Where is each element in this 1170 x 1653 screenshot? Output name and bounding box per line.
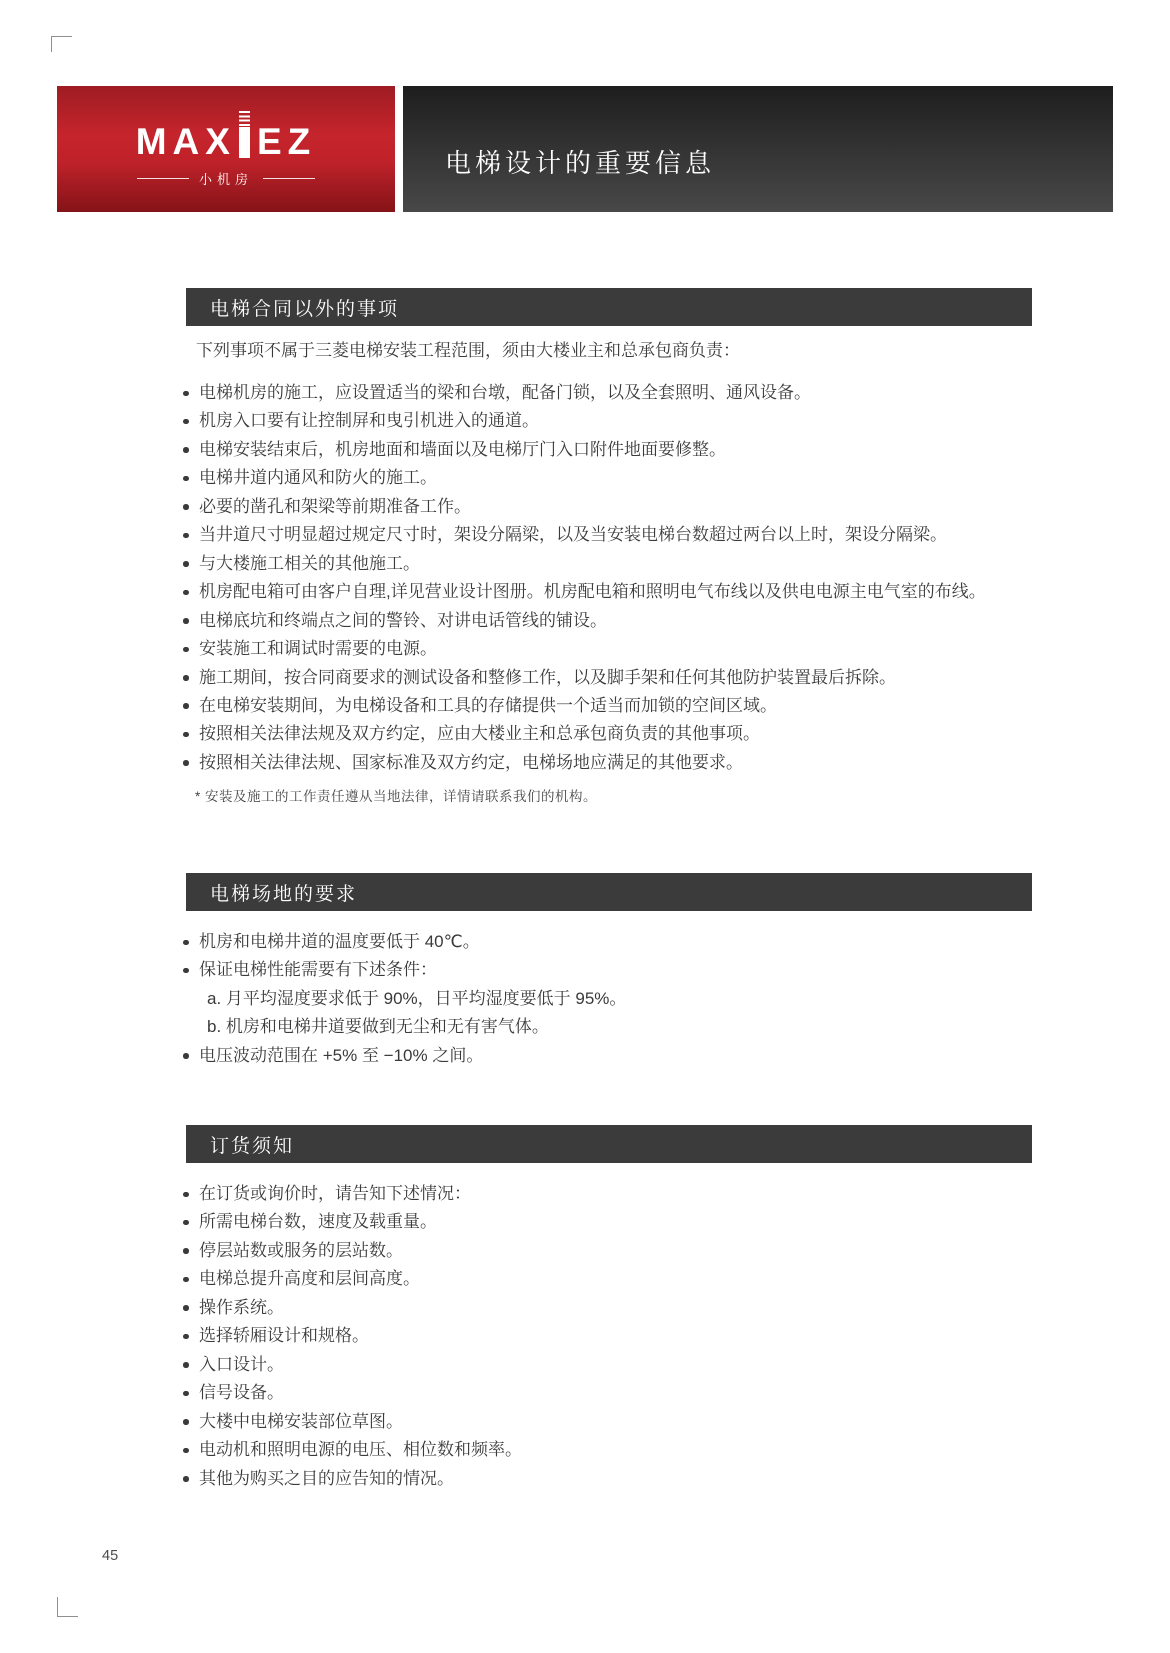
maxiez-logo: MAX EZ 小机房 (57, 86, 395, 212)
brand-subtitle-row: 小机房 (137, 169, 315, 188)
brochure-page: { "logo": { "brand_left": "MAX", "brand_… (0, 0, 1170, 1653)
bullet-icon (183, 533, 189, 539)
list-item: 操作系统。 (186, 1294, 1032, 1322)
section-header-bar: 订货须知 (186, 1125, 1032, 1163)
list-item-text: 电动机和照明电源的电压、相位数和频率。 (199, 1440, 522, 1459)
list-item: 当井道尺寸明显超过规定尺寸时，架设分隔梁，以及当安装电梯台数超过两台以上时，架设… (186, 521, 1032, 549)
section-items-outside-contract: 电梯合同以外的事项 下列事项不属于三菱电梯安装工程范围，须由大楼业主和总承包商负… (186, 288, 1032, 805)
bullet-icon (183, 391, 189, 397)
list-item: 电梯总提升高度和层间高度。 (186, 1265, 1032, 1293)
list-item-text: 按照相关法律法规及双方约定，应由大楼业主和总承包商负责的其他事项。 (199, 724, 760, 743)
list-item: 机房配电箱可由客户自理,详见营业设计图册。机房配电箱和照明电气布线以及供电电源主… (186, 578, 1032, 606)
bullet-icon (183, 1305, 189, 1311)
brand-subtitle: 小机房 (199, 169, 253, 188)
list-item-text: b. 机房和电梯井道要做到无尘和无有害气体。 (207, 1017, 549, 1036)
subtitle-rule-right (263, 178, 315, 179)
list-item: 其他为购买之目的应告知的情况。 (186, 1465, 1032, 1493)
bullet-icon (183, 675, 189, 681)
list-item-text: 机房入口要有让控制屏和曳引机进入的通道。 (199, 411, 539, 430)
list-item-text: 选择轿厢设计和规格。 (199, 1326, 369, 1345)
bullet-icon (183, 1391, 189, 1397)
list-item: 机房入口要有让控制屏和曳引机进入的通道。 (186, 407, 1032, 435)
list-item-text: 信号设备。 (199, 1383, 284, 1402)
bullet-icon (183, 1277, 189, 1283)
list-item: 在电梯安装期间，为电梯设备和工具的存储提供一个适当而加锁的空间区域。 (186, 692, 1032, 720)
bullet-icon (183, 419, 189, 425)
bullet-icon (183, 1362, 189, 1368)
list-item-text: 电梯安装结束后，机房地面和墙面以及电梯厅门入口附件地面要修整。 (199, 440, 726, 459)
bullet-icon (183, 1448, 189, 1454)
list-item-text: 保证电梯性能需要有下述条件： (199, 960, 437, 979)
list-item: 停层站数或服务的层站数。 (186, 1237, 1032, 1265)
elevator-shaft-i-icon (239, 111, 250, 158)
list-item: 所需电梯台数，速度及载重量。 (186, 1208, 1032, 1236)
section-title: 订货须知 (210, 1131, 294, 1158)
section-footnote: * 安装及施工的工作责任遵从当地法律，详情请联系我们的机构。 (195, 785, 1032, 805)
bullet-icon (183, 968, 189, 974)
list-item: 电梯安装结束后，机房地面和墙面以及电梯厅门入口附件地面要修整。 (186, 436, 1032, 464)
list-item: 安装施工和调试时需要的电源。 (186, 635, 1032, 663)
list-item: 选择轿厢设计和规格。 (186, 1322, 1032, 1350)
list-item: 入口设计。 (186, 1351, 1032, 1379)
list-item: b. 机房和电梯井道要做到无尘和无有害气体。 (186, 1013, 1032, 1041)
list-item: 信号设备。 (186, 1379, 1032, 1407)
list-item: 必要的凿孔和架梁等前期准备工作。 (186, 493, 1032, 521)
list-item-text: 所需电梯台数，速度及载重量。 (199, 1212, 437, 1231)
list-item: 大楼中电梯安装部位草图。 (186, 1408, 1032, 1436)
section-header-bar: 电梯场地的要求 (186, 873, 1032, 911)
list-item-text: 停层站数或服务的层站数。 (199, 1241, 403, 1260)
list-item: 电梯井道内通风和防火的施工。 (186, 464, 1032, 492)
bullet-icon (183, 940, 189, 946)
list-item-text: 机房配电箱可由客户自理,详见营业设计图册。机房配电箱和照明电气布线以及供电电源主… (199, 582, 986, 601)
list-item-text: 安装施工和调试时需要的电源。 (199, 639, 437, 658)
section-ordering-notes: 订货须知 在订货或询价时，请告知下述情况：所需电梯台数，速度及载重量。停层站数或… (186, 1125, 1032, 1493)
list-item-text: a. 月平均湿度要求低于 90%，日平均湿度要低于 95%。 (207, 989, 626, 1008)
bullet-icon (183, 1419, 189, 1425)
list-item-text: 施工期间，按合同商要求的测试设备和整修工作，以及脚手架和任何其他防护装置最后拆除… (199, 668, 896, 687)
bullet-icon (183, 1192, 189, 1198)
bullet-icon (183, 476, 189, 482)
brand-text-right: EZ (257, 123, 316, 160)
page-title: 电梯设计的重要信息 (445, 143, 715, 180)
bullet-icon (183, 618, 189, 624)
list-item-text: 必要的凿孔和架梁等前期准备工作。 (199, 497, 471, 516)
i-stem (239, 127, 250, 158)
brand-text-left: MAX (136, 123, 236, 160)
list-item: 在订货或询价时，请告知下述情况： (186, 1180, 1032, 1208)
bullet-icon (183, 1476, 189, 1482)
bullet-icon (183, 1334, 189, 1340)
list-item: 按照相关法律法规、国家标准及双方约定，电梯场地应满足的其他要求。 (186, 749, 1032, 777)
list-item-text: 电梯井道内通风和防火的施工。 (199, 468, 437, 487)
list-item-text: 电压波动范围在 +5% 至 −10% 之间。 (199, 1046, 483, 1065)
list-item: 电动机和照明电源的电压、相位数和频率。 (186, 1436, 1032, 1464)
section-title: 电梯合同以外的事项 (210, 294, 399, 321)
list-item: 施工期间，按合同商要求的测试设备和整修工作，以及脚手架和任何其他防护装置最后拆除… (186, 664, 1032, 692)
list-item-text: 在订货或询价时，请告知下述情况： (199, 1184, 471, 1203)
list-item-text: 当井道尺寸明显超过规定尺寸时，架设分隔梁，以及当安装电梯台数超过两台以上时，架设… (199, 525, 947, 544)
list-item-text: 电梯底坑和终端点之间的警铃、对讲电话管线的铺设。 (199, 611, 607, 630)
subtitle-rule-left (137, 178, 189, 179)
list-item-text: 其他为购买之目的应告知的情况。 (199, 1469, 454, 1488)
section-site-requirements: 电梯场地的要求 机房和电梯井道的温度要低于 40℃。保证电梯性能需要有下述条件：… (186, 873, 1032, 1070)
bullet-icon (183, 1220, 189, 1226)
list-item: 保证电梯性能需要有下述条件： (186, 956, 1032, 984)
list-item: 电梯机房的施工，应设置适当的梁和台墩，配备门锁，以及全套照明、通风设备。 (186, 379, 1032, 407)
bullet-icon (183, 590, 189, 596)
bullet-icon (183, 1053, 189, 1059)
list-item: 机房和电梯井道的温度要低于 40℃。 (186, 928, 1032, 956)
list-item: 按照相关法律法规及双方约定，应由大楼业主和总承包商负责的其他事项。 (186, 720, 1032, 748)
brand-wordmark: MAX EZ (136, 111, 317, 160)
bullet-icon (183, 647, 189, 653)
bullet-icon (183, 447, 189, 453)
bullet-list: 在订货或询价时，请告知下述情况：所需电梯台数，速度及载重量。停层站数或服务的层站… (186, 1180, 1032, 1493)
list-item-text: 按照相关法律法规、国家标准及双方约定，电梯场地应满足的其他要求。 (199, 753, 743, 772)
list-item-text: 在电梯安装期间，为电梯设备和工具的存储提供一个适当而加锁的空间区域。 (199, 696, 777, 715)
bullet-icon (183, 703, 189, 709)
bullet-icon (183, 760, 189, 766)
list-item-text: 操作系统。 (199, 1298, 284, 1317)
crop-mark-top-left (51, 36, 72, 52)
section-title: 电梯场地的要求 (210, 879, 357, 906)
list-item: 与大楼施工相关的其他施工。 (186, 550, 1032, 578)
list-item-text: 电梯总提升高度和层间高度。 (199, 1269, 420, 1288)
list-item-text: 大楼中电梯安装部位草图。 (199, 1412, 403, 1431)
bullet-icon (183, 1248, 189, 1254)
page-banner: 电梯设计的重要信息 (403, 86, 1113, 212)
section-intro: 下列事项不属于三菱电梯安装工程范围，须由大楼业主和总承包商负责： (196, 341, 1032, 361)
bullet-icon (183, 732, 189, 738)
section-header-bar: 电梯合同以外的事项 (186, 288, 1032, 326)
page-number: 45 (102, 1548, 118, 1564)
bullet-list: 电梯机房的施工，应设置适当的梁和台墩，配备门锁，以及全套照明、通风设备。机房入口… (186, 379, 1032, 777)
bullet-icon (183, 504, 189, 510)
list-item: a. 月平均湿度要求低于 90%，日平均湿度要低于 95%。 (186, 985, 1032, 1013)
crop-mark-bottom-left (57, 1597, 78, 1617)
list-item-text: 与大楼施工相关的其他施工。 (199, 554, 420, 573)
i-stripes (239, 111, 250, 127)
list-item: 电梯底坑和终端点之间的警铃、对讲电话管线的铺设。 (186, 607, 1032, 635)
bullet-icon (183, 561, 189, 567)
list-item: 电压波动范围在 +5% 至 −10% 之间。 (186, 1042, 1032, 1070)
list-item-text: 电梯机房的施工，应设置适当的梁和台墩，配备门锁，以及全套照明、通风设备。 (199, 383, 811, 402)
list-item-text: 入口设计。 (199, 1355, 284, 1374)
bullet-list: 机房和电梯井道的温度要低于 40℃。保证电梯性能需要有下述条件：a. 月平均湿度… (186, 928, 1032, 1070)
list-item-text: 机房和电梯井道的温度要低于 40℃。 (199, 932, 480, 951)
